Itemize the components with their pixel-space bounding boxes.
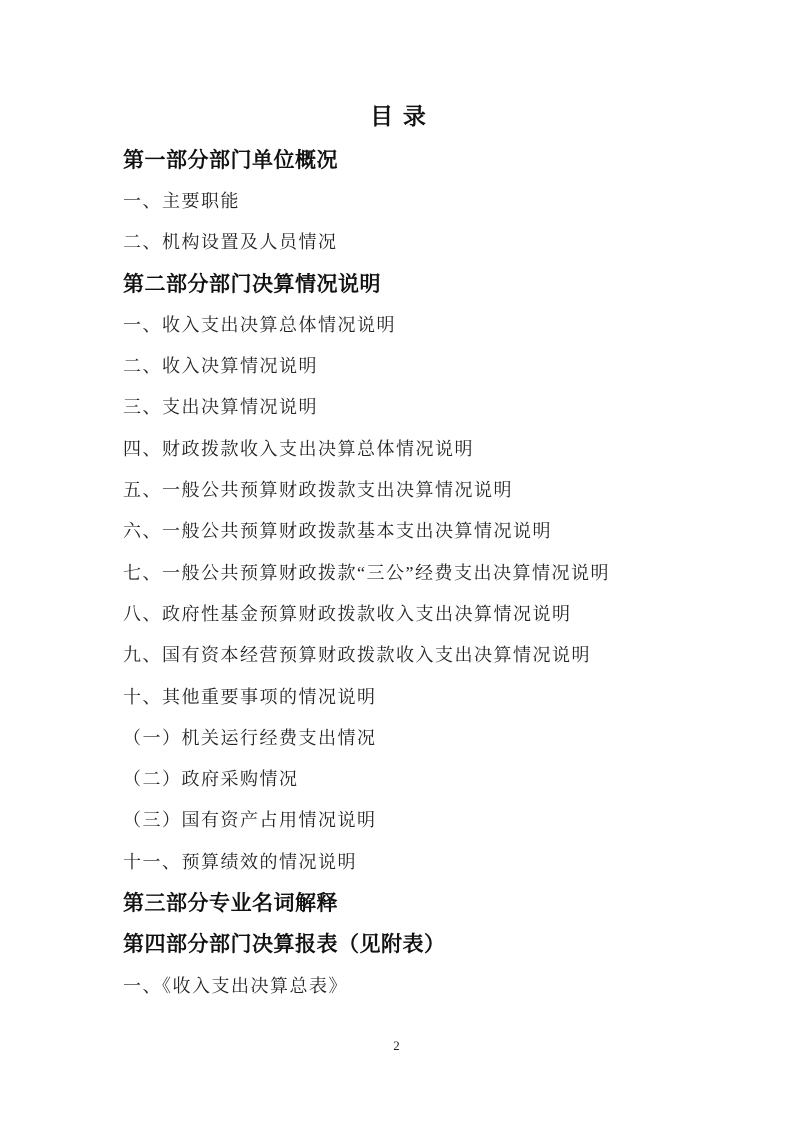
document-page: 目 录 第一部分部门单位概况 一、主要职能 二、机构设置及人员情况 第二部分部门… (0, 0, 793, 1122)
toc-entry: 九、国有资本经营预算财政拨款收入支出决算情况说明 (123, 634, 675, 675)
page-title: 目 录 (123, 103, 675, 131)
toc-entry: 二、收入决算情况说明 (123, 344, 675, 385)
toc-list: 第一部分部门单位概况 一、主要职能 二、机构设置及人员情况 第二部分部门决算情况… (123, 138, 675, 1005)
page-number: 2 (0, 1038, 793, 1054)
toc-entry: 六、一般公共预算财政拨款基本支出决算情况说明 (123, 510, 675, 551)
toc-section-heading: 第二部分部门决算情况说明 (123, 262, 675, 303)
toc-entry: （一）机关运行经费支出情况 (123, 716, 675, 757)
toc-entry: 一、《收入支出决算总表》 (123, 964, 675, 1005)
toc-section-heading: 第一部分部门单位概况 (123, 138, 675, 179)
toc-entry: （二）政府采购情况 (123, 757, 675, 798)
toc-section-heading: 第四部分部门决算报表（见附表） (123, 923, 675, 964)
toc-entry: 四、财政拨款收入支出决算总体情况说明 (123, 427, 675, 468)
toc-entry: 十、其他重要事项的情况说明 (123, 675, 675, 716)
toc-entry: 五、一般公共预算财政拨款支出决算情况说明 (123, 468, 675, 509)
toc-entry: 一、收入支出决算总体情况说明 (123, 303, 675, 344)
toc-entry: 一、主要职能 (123, 179, 675, 220)
toc-entry: 二、机构设置及人员情况 (123, 221, 675, 262)
toc-entry: 十一、预算绩效的情况说明 (123, 840, 675, 881)
toc-entry: （三）国有资产占用情况说明 (123, 799, 675, 840)
toc-entry: 八、政府性基金预算财政拨款收入支出决算情况说明 (123, 592, 675, 633)
toc-section-heading: 第三部分专业名词解释 (123, 881, 675, 922)
toc-content: 目 录 第一部分部门单位概况 一、主要职能 二、机构设置及人员情况 第二部分部门… (123, 103, 675, 1005)
toc-entry: 七、一般公共预算财政拨款“三公”经费支出决算情况说明 (123, 551, 675, 592)
toc-entry: 三、支出决算情况说明 (123, 386, 675, 427)
